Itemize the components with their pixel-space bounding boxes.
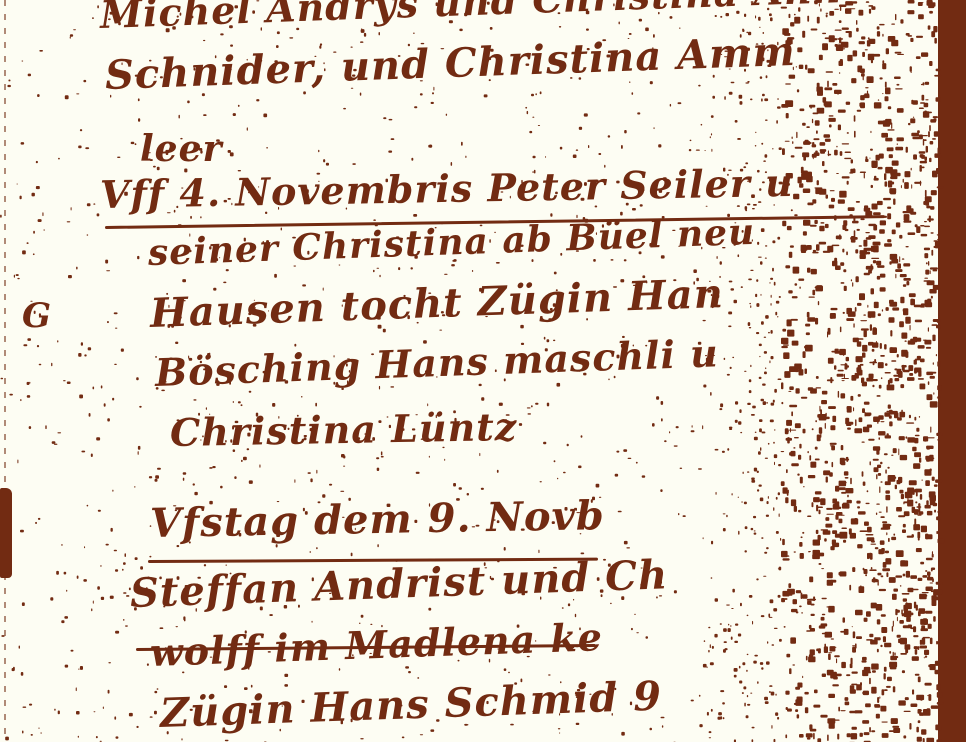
handwritten-line-6: Hausen tocht Zügin Han	[149, 270, 724, 337]
handwritten-line-7: Bösching Hans maschli u	[154, 330, 719, 395]
right-page-edge-shadow	[938, 0, 966, 742]
left-edge-ink-blot	[0, 488, 12, 578]
manuscript-page: Michel Andrys und Christina Ann Schnider…	[0, 0, 966, 742]
handwritten-line-9: Vfstag dem 9. Novb	[150, 492, 606, 547]
left-edge-rule	[4, 0, 6, 742]
margin-note-g: G	[22, 296, 51, 336]
handwritten-line-12: Zügin Hans Schmid 9	[159, 672, 663, 737]
handwritten-line-3: leer	[140, 128, 222, 170]
handwritten-line-2: Schnider, und Christina Amm	[104, 28, 796, 99]
handwritten-line-8: Christina Lüntz	[170, 404, 518, 455]
